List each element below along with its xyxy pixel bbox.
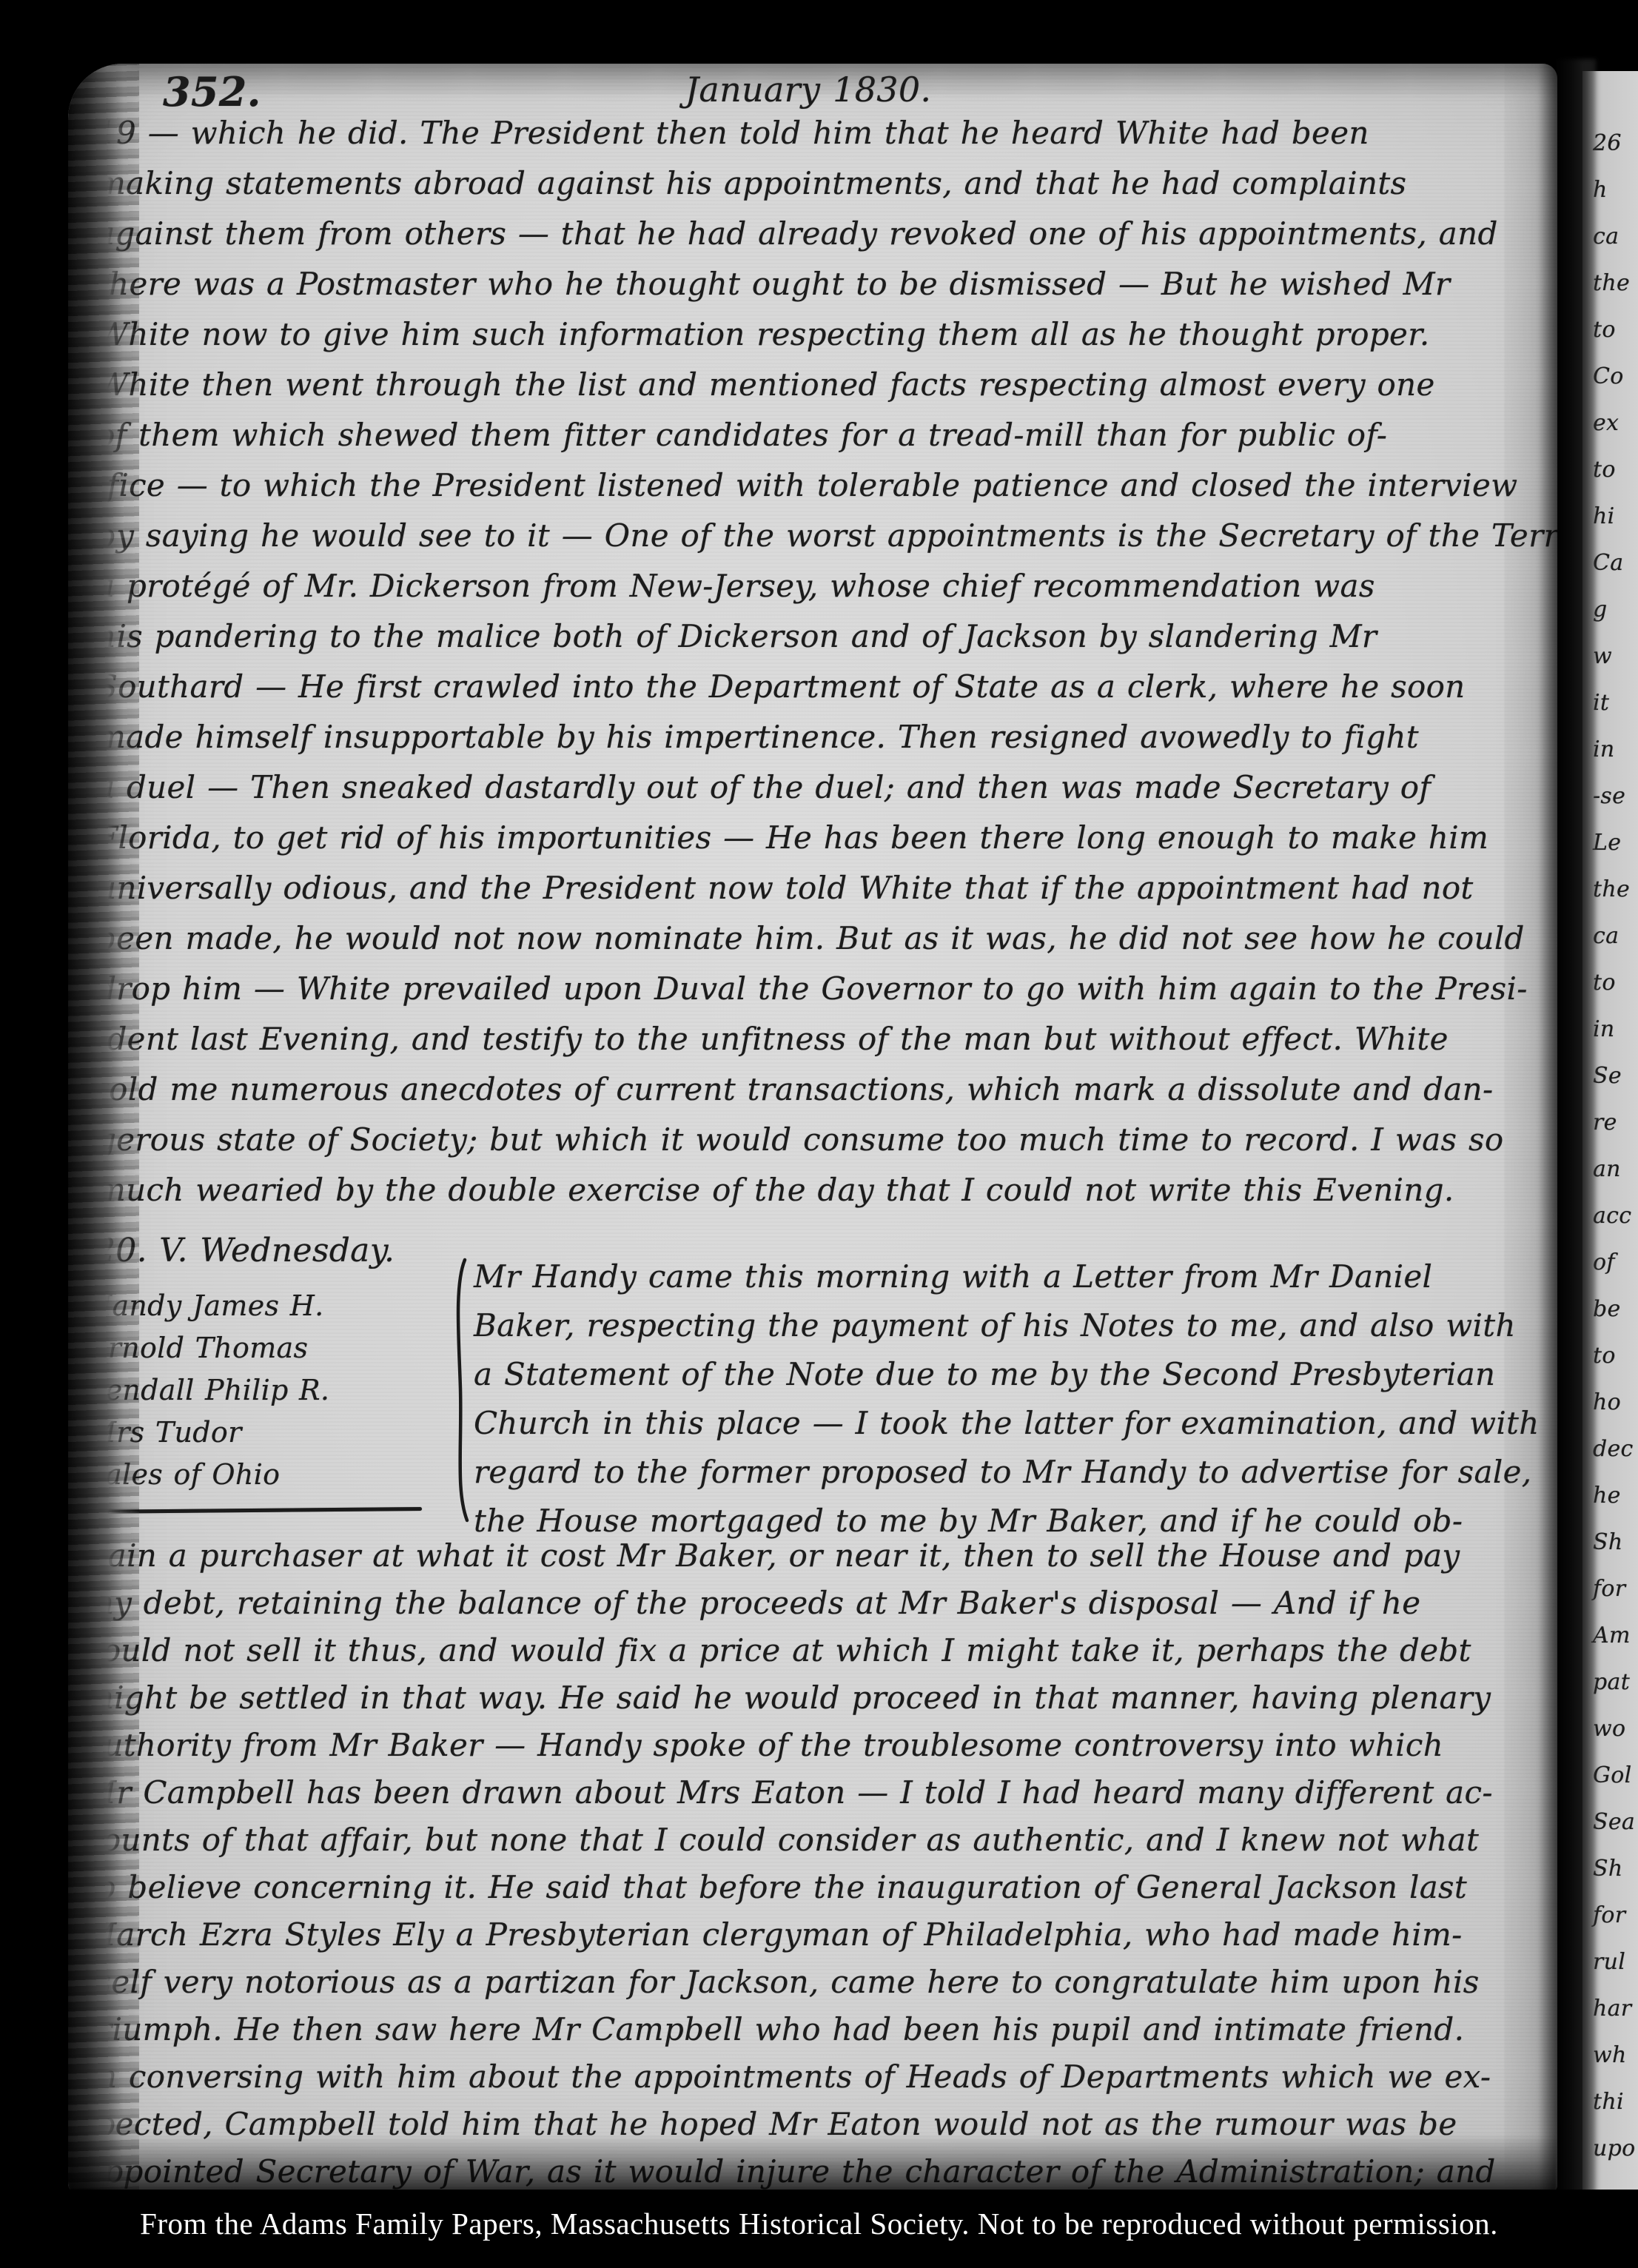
manuscript-line: Mr Handy came this morning with a Letter…	[474, 1252, 1540, 1301]
margin-brace-line	[443, 1257, 472, 1523]
diary-page: 352. January 1830. 19 — which he did. Th…	[68, 64, 1557, 2192]
manuscript-line: -dent last Evening, and testify to the u…	[96, 1014, 1557, 1064]
manuscript-line: Mr Campbell has been drawn about Mrs Eat…	[84, 1769, 1496, 1816]
manuscript-line: counts of that affair, but none that I c…	[84, 1816, 1496, 1864]
manuscript-line: authority from Mr Baker — Handy spoke of…	[84, 1722, 1496, 1769]
manuscript-line: drop him — White prevailed upon Duval th…	[96, 964, 1557, 1014]
manuscript-line: In conversing with him about the appoint…	[84, 2053, 1496, 2101]
manuscript-line: gerous state of Society; but which it wo…	[96, 1115, 1557, 1165]
entry-20-text: -tain a purchaser at what it cost Mr Bak…	[84, 1532, 1496, 2192]
manuscript-line: triumph. He then saw here Mr Campbell wh…	[84, 2006, 1496, 2053]
manuscript-line: made himself insupportable by his impert…	[96, 712, 1557, 762]
manuscript-line: White now to give him such information r…	[96, 309, 1557, 360]
archive-caption: From the Adams Family Papers, Massachuse…	[0, 2206, 1638, 2241]
manuscript-line: told me numerous anecdotes of current tr…	[96, 1064, 1557, 1115]
book-spine-edge	[68, 64, 139, 2192]
manuscript-line: 19 — which he did. The President then to…	[96, 108, 1557, 158]
manuscript-line: my debt, retaining the balance of the pr…	[84, 1580, 1496, 1627]
manuscript-line: Baker, respecting the payment of his Not…	[474, 1301, 1540, 1350]
manuscript-line: -tain a purchaser at what it cost Mr Bak…	[84, 1532, 1496, 1580]
manuscript-line: universally odious, and the President no…	[96, 863, 1557, 913]
page-header: January 1830.	[586, 70, 1030, 110]
manuscript-line: been made, he would not now nominate him…	[96, 913, 1557, 964]
caption-band: From the Adams Family Papers, Massachuse…	[0, 2190, 1638, 2268]
manuscript-line: there was a Postmaster who he thought ou…	[96, 259, 1557, 309]
manuscript-line: by saying he would see to it — One of th…	[96, 511, 1557, 561]
manuscript-line: a Statement of the Note due to me by the…	[474, 1350, 1540, 1399]
manuscript-line: could not sell it thus, and would fix a …	[84, 1627, 1496, 1674]
manuscript-line: -self very notorious as a partizan for J…	[84, 1959, 1496, 2006]
page-gutter-shadow	[1538, 59, 1596, 2198]
manuscript-line: to believe concerning it. He said that b…	[84, 1864, 1496, 1911]
manuscript-line: March Ezra Styles Ely a Presbyterian cle…	[84, 1911, 1496, 1959]
manuscript-line: Florida, to get rid of his importunities…	[96, 813, 1557, 863]
manuscript-line: might be settled in that way. He said he…	[84, 1674, 1496, 1722]
entry-20-date: 20. V. Wednesday.	[95, 1232, 395, 1269]
manuscript-line: against them from others — that he had a…	[96, 209, 1557, 259]
manuscript-line: -fice — to which the President listened …	[96, 460, 1557, 511]
manuscript-line: a duel — Then sneaked dastardly out of t…	[96, 762, 1557, 813]
manuscript-line: making statements abroad against his app…	[96, 158, 1557, 209]
manuscript-line: his pandering to the malice both of Dick…	[96, 611, 1557, 662]
manuscript-line: regard to the former proposed to Mr Hand…	[474, 1448, 1540, 1497]
manuscript-line: of them which shewed them fitter candida…	[96, 410, 1557, 460]
manuscript-line: White then went through the list and men…	[96, 360, 1557, 410]
manuscript-line: Church in this place — I took the latter…	[474, 1399, 1540, 1448]
entry-19-text: 19 — which he did. The President then to…	[96, 108, 1557, 1215]
page-bottom-shadow	[68, 2135, 1557, 2192]
manuscript-line: much wearied by the double exercise of t…	[96, 1165, 1557, 1215]
entry-20-indented-text: Mr Handy came this morning with a Letter…	[474, 1252, 1540, 1546]
manuscript-line: Southard — He first crawled into the Dep…	[96, 662, 1557, 712]
manuscript-line: a protégé of Mr. Dickerson from New-Jers…	[96, 561, 1557, 611]
